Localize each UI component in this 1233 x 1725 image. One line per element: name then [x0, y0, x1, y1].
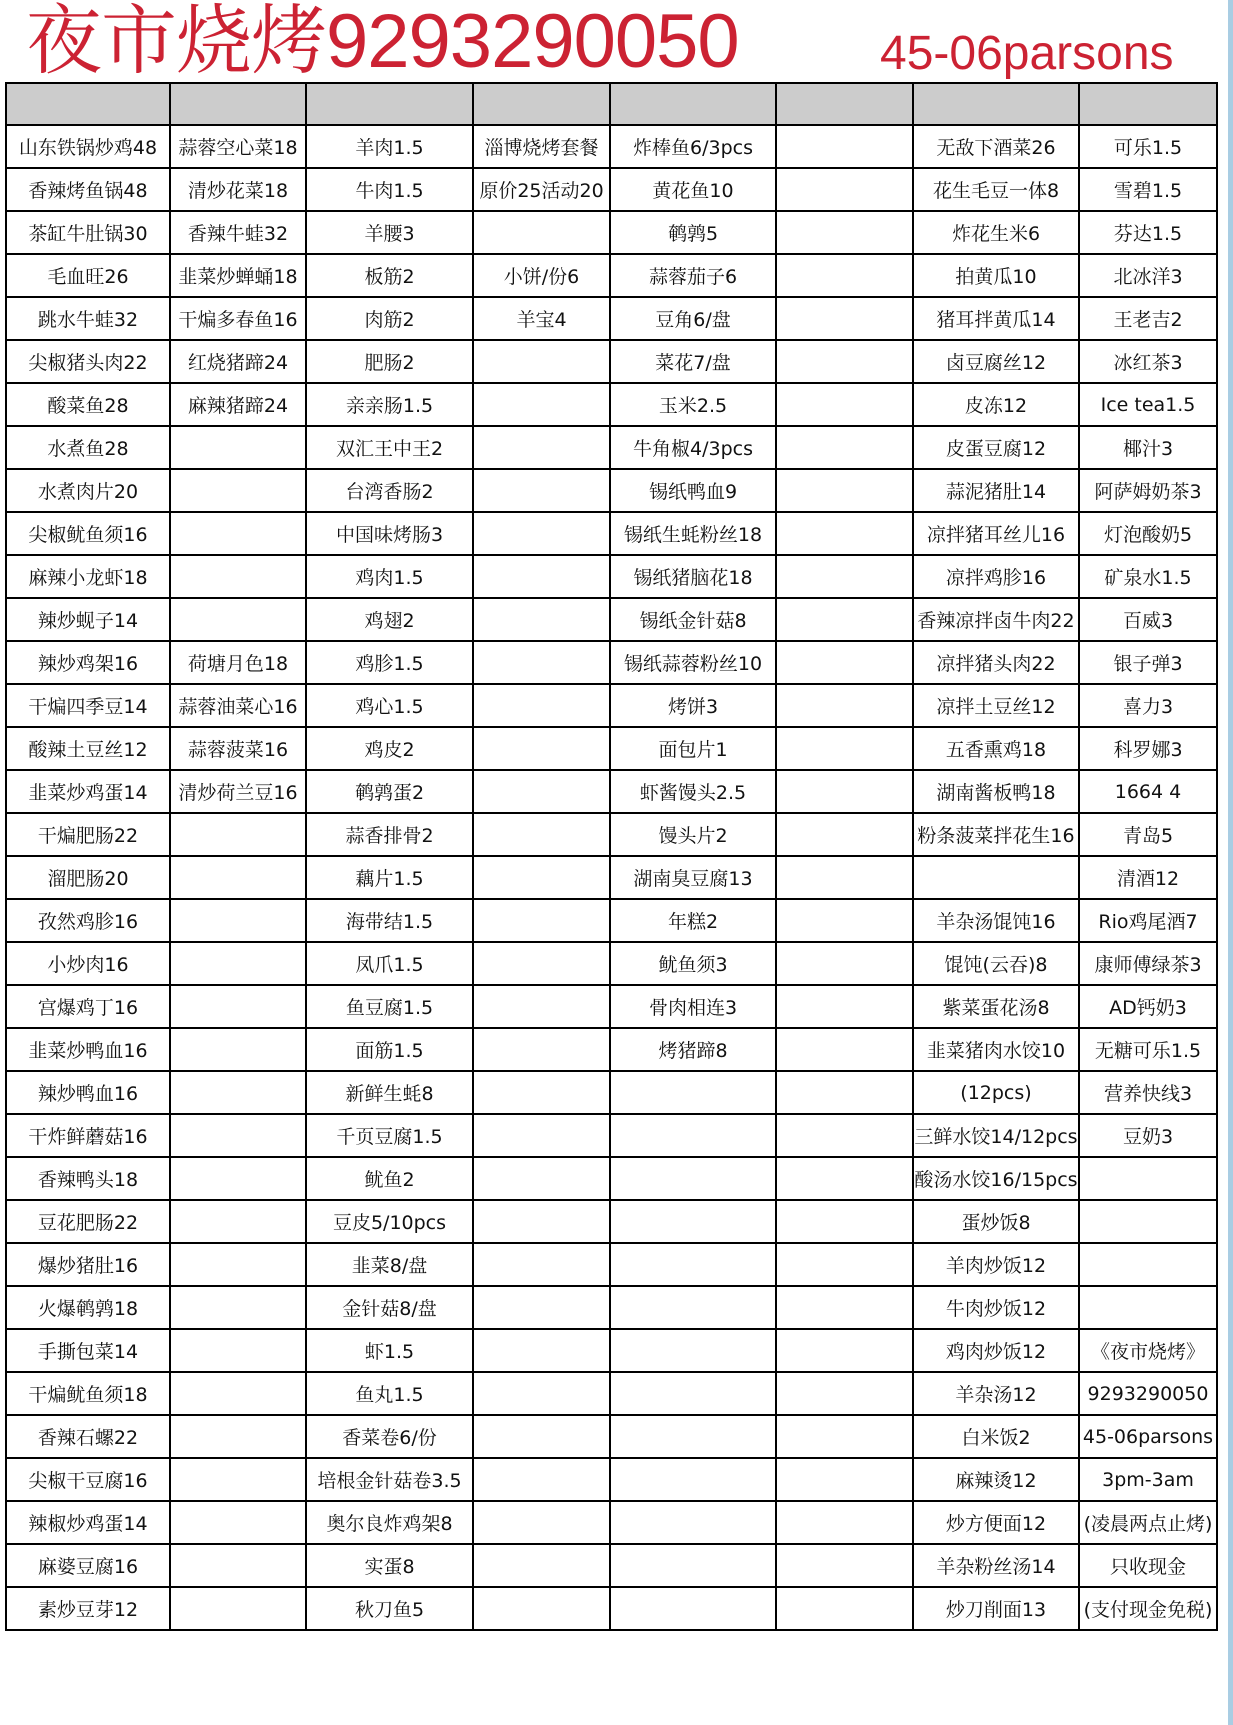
menu-item-cell: 雪碧1.5	[1079, 168, 1217, 211]
table-row: 干煸四季豆14蒜蓉油菜心16鸡心1.5烤饼3凉拌土豆丝12喜力3	[6, 684, 1217, 727]
menu-item-cell	[473, 211, 610, 254]
menu-item-cell: 凉拌猪耳丝儿16	[913, 512, 1079, 555]
table-row: 酸菜鱼28麻辣猪蹄24亲亲肠1.5玉米2.5皮冻12Ice tea1.5	[6, 383, 1217, 426]
menu-item-cell: 只收现金	[1079, 1544, 1217, 1587]
menu-item-cell: 鱼豆腐1.5	[306, 985, 473, 1028]
menu-item-cell	[610, 1587, 776, 1630]
menu-item-cell	[473, 899, 610, 942]
menu-item-cell	[776, 254, 913, 297]
table-row: 山东铁锅炒鸡48蒜蓉空心菜18羊肉1.5淄博烧烤套餐炸棒鱼6/3pcs无敌下酒菜…	[6, 125, 1217, 168]
menu-item-cell	[473, 1415, 610, 1458]
menu-item-cell: 灯泡酸奶5	[1079, 512, 1217, 555]
menu-item-cell	[473, 1243, 610, 1286]
menu-item-cell	[776, 1329, 913, 1372]
menu-item-cell	[776, 383, 913, 426]
menu-item-cell: 科罗娜3	[1079, 727, 1217, 770]
menu-item-cell: 猪耳拌黄瓜14	[913, 297, 1079, 340]
table-row: 水煮鱼28双汇王中王2牛角椒4/3pcs皮蛋豆腐12椰汁3	[6, 426, 1217, 469]
table-row: 香辣石螺22香菜卷6/份白米饭245-06parsons	[6, 1415, 1217, 1458]
menu-item-cell: 烤饼3	[610, 684, 776, 727]
menu-item-cell	[473, 1028, 610, 1071]
menu-item-cell: 辣炒鸡架16	[6, 641, 170, 684]
menu-item-cell: 清炒花菜18	[170, 168, 306, 211]
menu-item-cell: 虾1.5	[306, 1329, 473, 1372]
menu-item-cell	[473, 684, 610, 727]
menu-item-cell: 粉条菠菜拌花生16	[913, 813, 1079, 856]
menu-item-cell: 骨肉相连3	[610, 985, 776, 1028]
menu-item-cell: 牛角椒4/3pcs	[610, 426, 776, 469]
menu-item-cell	[1079, 1243, 1217, 1286]
menu-item-cell: 尖椒干豆腐16	[6, 1458, 170, 1501]
table-row: 素炒豆芽12秋刀鱼5炒刀削面13(支付现金免税)	[6, 1587, 1217, 1630]
table-row: 麻婆豆腐16实蛋8羊杂粉丝汤14只收现金	[6, 1544, 1217, 1587]
table-row: 干炸鲜蘑菇16千页豆腐1.5三鲜水饺14/12pcs豆奶3	[6, 1114, 1217, 1157]
menu-item-cell	[170, 426, 306, 469]
menu-item-cell: 锡纸金针菇8	[610, 598, 776, 641]
menu-item-cell: 鸡翅2	[306, 598, 473, 641]
table-row: 茶缸牛肚锅30香辣牛蛙32羊腰3鹌鹑5炸花生米6芬达1.5	[6, 211, 1217, 254]
menu-item-cell	[170, 512, 306, 555]
table-row: 韭菜炒鸭血16面筋1.5烤猪蹄8韭菜猪肉水饺10无糖可乐1.5	[6, 1028, 1217, 1071]
menu-item-cell	[170, 1028, 306, 1071]
menu-item-cell	[610, 1286, 776, 1329]
menu-item-cell: 45-06parsons	[1079, 1415, 1217, 1458]
menu-item-cell: 淄博烧烤套餐	[473, 125, 610, 168]
menu-item-cell	[473, 856, 610, 899]
menu-item-cell: 蛋炒饭8	[913, 1200, 1079, 1243]
menu-item-cell	[776, 856, 913, 899]
menu-item-cell: 凉拌鸡胗16	[913, 555, 1079, 598]
menu-item-cell: 台湾香肠2	[306, 469, 473, 512]
menu-item-cell	[473, 1286, 610, 1329]
menu-item-cell	[776, 770, 913, 813]
menu-item-cell: 清炒荷兰豆16	[170, 770, 306, 813]
menu-item-cell: 凉拌土豆丝12	[913, 684, 1079, 727]
menu-item-cell: 锡纸鸭血9	[610, 469, 776, 512]
menu-item-cell: 酸汤水饺16/15pcs	[913, 1157, 1079, 1200]
menu-item-cell	[473, 641, 610, 684]
menu-item-cell: 豆奶3	[1079, 1114, 1217, 1157]
menu-item-cell: 蒜泥猪肚14	[913, 469, 1079, 512]
menu-item-cell: 湖南臭豆腐13	[610, 856, 776, 899]
menu-item-cell: 火爆鹌鹑18	[6, 1286, 170, 1329]
menu-item-cell: 羊杂汤馄饨16	[913, 899, 1079, 942]
menu-item-cell: 香菜卷6/份	[306, 1415, 473, 1458]
menu-item-cell	[776, 168, 913, 211]
menu-item-cell	[610, 1415, 776, 1458]
menu-item-cell: 实蛋8	[306, 1544, 473, 1587]
menu-item-cell: 银子弹3	[1079, 641, 1217, 684]
menu-item-cell: 藕片1.5	[306, 856, 473, 899]
menu-item-cell: 海带结1.5	[306, 899, 473, 942]
menu-item-cell: 1664 4	[1079, 770, 1217, 813]
menu-item-cell	[170, 598, 306, 641]
menu-item-cell	[473, 1458, 610, 1501]
menu-item-cell	[473, 1587, 610, 1630]
menu-item-cell: 韭菜炒鸡蛋14	[6, 770, 170, 813]
menu-item-cell	[776, 684, 913, 727]
table-row: 尖椒干豆腐16培根金针菇卷3.5麻辣烫123pm-3am	[6, 1458, 1217, 1501]
menu-item-cell	[473, 1157, 610, 1200]
menu-item-cell	[170, 813, 306, 856]
menu-item-cell	[776, 426, 913, 469]
table-header-cell	[170, 83, 306, 125]
menu-item-cell	[170, 1286, 306, 1329]
menu-item-cell	[610, 1243, 776, 1286]
menu-item-cell: 鱿鱼2	[306, 1157, 473, 1200]
table-header-cell	[913, 83, 1079, 125]
menu-item-cell	[776, 1114, 913, 1157]
table-row: 毛血旺26韭菜炒蝉蛹18板筋2小饼/份6蒜蓉茄子6拍黄瓜10北冰洋3	[6, 254, 1217, 297]
table-header-cell	[776, 83, 913, 125]
menu-item-cell: 水煮鱼28	[6, 426, 170, 469]
menu-item-cell: 虾酱馒头2.5	[610, 770, 776, 813]
menu-item-cell: 阿萨姆奶茶3	[1079, 469, 1217, 512]
menu-item-cell	[610, 1200, 776, 1243]
menu-item-cell: (凌晨两点止烤)	[1079, 1501, 1217, 1544]
menu-item-cell	[610, 1544, 776, 1587]
menu-item-cell: 板筋2	[306, 254, 473, 297]
menu-item-cell: 花生毛豆一体8	[913, 168, 1079, 211]
menu-item-cell: 干煸四季豆14	[6, 684, 170, 727]
menu-item-cell: 年糕2	[610, 899, 776, 942]
menu-item-cell: 鹌鹑蛋2	[306, 770, 473, 813]
menu-item-cell: 康师傅绿茶3	[1079, 942, 1217, 985]
table-row: 酸辣土豆丝12蒜蓉菠菜16鸡皮2面包片1五香熏鸡18科罗娜3	[6, 727, 1217, 770]
menu-item-cell: 香辣烤鱼锅48	[6, 168, 170, 211]
scrollbar-track[interactable]	[1228, 0, 1233, 1725]
menu-item-cell: 香辣石螺22	[6, 1415, 170, 1458]
menu-item-cell: 菜花7/盘	[610, 340, 776, 383]
menu-item-cell: 亲亲肠1.5	[306, 383, 473, 426]
menu-item-cell: 三鲜水饺14/12pcs	[913, 1114, 1079, 1157]
table-header-cell	[473, 83, 610, 125]
menu-item-cell: 《夜市烧烤》	[1079, 1329, 1217, 1372]
table-row: 香辣鸭头18鱿鱼2酸汤水饺16/15pcs	[6, 1157, 1217, 1200]
menu-item-cell: 黄花鱼10	[610, 168, 776, 211]
menu-item-cell	[610, 1157, 776, 1200]
menu-item-cell: 麻辣猪蹄24	[170, 383, 306, 426]
menu-item-cell: 香辣鸭头18	[6, 1157, 170, 1200]
menu-item-cell: 营养快线3	[1079, 1071, 1217, 1114]
table-row: 宫爆鸡丁16鱼豆腐1.5骨肉相连3紫菜蛋花汤8AD钙奶3	[6, 985, 1217, 1028]
menu-item-cell: 干煸肥肠22	[6, 813, 170, 856]
menu-item-cell	[170, 899, 306, 942]
menu-item-cell: 干煸多春鱼16	[170, 297, 306, 340]
menu-item-cell	[776, 512, 913, 555]
menu-item-cell: 锡纸蒜蓉粉丝10	[610, 641, 776, 684]
menu-item-cell: 干炸鲜蘑菇16	[6, 1114, 170, 1157]
table-row: 韭菜炒鸡蛋14清炒荷兰豆16鹌鹑蛋2虾酱馒头2.5湖南酱板鸭181664 4	[6, 770, 1217, 813]
menu-item-cell	[776, 1544, 913, 1587]
menu-item-cell: 湖南酱板鸭18	[913, 770, 1079, 813]
menu-item-cell: 肥肠2	[306, 340, 473, 383]
menu-item-cell: 冰红茶3	[1079, 340, 1217, 383]
menu-item-cell: 炒刀削面13	[913, 1587, 1079, 1630]
menu-item-cell	[776, 942, 913, 985]
menu-item-cell: 小饼/份6	[473, 254, 610, 297]
table-row: 干煸肥肠22蒜香排骨2馒头片2粉条菠菜拌花生16青岛5	[6, 813, 1217, 856]
menu-item-cell: 鸡胗1.5	[306, 641, 473, 684]
menu-item-cell: 韭菜猪肉水饺10	[913, 1028, 1079, 1071]
menu-item-cell: 辣椒炒鸡蛋14	[6, 1501, 170, 1544]
menu-item-cell: 辣炒鸭血16	[6, 1071, 170, 1114]
menu-item-cell	[473, 340, 610, 383]
table-header-row	[6, 83, 1217, 125]
menu-item-cell: 可乐1.5	[1079, 125, 1217, 168]
menu-item-cell: 面筋1.5	[306, 1028, 473, 1071]
menu-item-cell: 清酒12	[1079, 856, 1217, 899]
menu-item-cell: 王老吉2	[1079, 297, 1217, 340]
menu-item-cell	[776, 598, 913, 641]
menu-item-cell: 千页豆腐1.5	[306, 1114, 473, 1157]
menu-item-cell: 鸡心1.5	[306, 684, 473, 727]
menu-item-cell: 尖椒鱿鱼须16	[6, 512, 170, 555]
menu-item-cell: 尖椒猪头肉22	[6, 340, 170, 383]
menu-item-cell	[473, 555, 610, 598]
menu-item-cell	[776, 340, 913, 383]
menu-item-cell: 紫菜蛋花汤8	[913, 985, 1079, 1028]
menu-item-cell	[610, 1114, 776, 1157]
menu-item-cell: 培根金针菇卷3.5	[306, 1458, 473, 1501]
table-row: 火爆鹌鹑18金针菇8/盘牛肉炒饭12	[6, 1286, 1217, 1329]
menu-item-cell	[610, 1501, 776, 1544]
menu-item-cell: 羊宝4	[473, 297, 610, 340]
menu-item-cell: 鸡肉1.5	[306, 555, 473, 598]
menu-item-cell	[473, 512, 610, 555]
menu-item-cell: 凤爪1.5	[306, 942, 473, 985]
menu-item-cell	[776, 297, 913, 340]
menu-item-cell	[170, 1501, 306, 1544]
menu-item-cell	[170, 1458, 306, 1501]
menu-item-cell	[913, 856, 1079, 899]
menu-item-cell	[776, 1501, 913, 1544]
table-row: 爆炒猪肚16韭菜8/盘羊肉炒饭12	[6, 1243, 1217, 1286]
menu-item-cell: 炸棒鱼6/3pcs	[610, 125, 776, 168]
menu-item-cell	[170, 1544, 306, 1587]
menu-item-cell: 爆炒猪肚16	[6, 1243, 170, 1286]
menu-item-cell: 牛肉1.5	[306, 168, 473, 211]
table-row: 辣椒炒鸡蛋14奥尔良炸鸡架8炒方便面12(凌晨两点止烤)	[6, 1501, 1217, 1544]
table-row: 跳水牛蛙32干煸多春鱼16肉筋2羊宝4豆角6/盘猪耳拌黄瓜14王老吉2	[6, 297, 1217, 340]
menu-item-cell: 羊杂粉丝汤14	[913, 1544, 1079, 1587]
menu-item-cell: 奥尔良炸鸡架8	[306, 1501, 473, 1544]
menu-item-cell: 无糖可乐1.5	[1079, 1028, 1217, 1071]
menu-item-cell: 烤猪蹄8	[610, 1028, 776, 1071]
menu-item-cell: 北冰洋3	[1079, 254, 1217, 297]
menu-item-cell	[473, 813, 610, 856]
menu-item-cell: 锡纸猪脑花18	[610, 555, 776, 598]
menu-item-cell: 喜力3	[1079, 684, 1217, 727]
menu-item-cell	[776, 1071, 913, 1114]
menu-item-cell: Ice tea1.5	[1079, 383, 1217, 426]
menu-item-cell	[776, 985, 913, 1028]
menu-item-cell	[776, 1157, 913, 1200]
table-row: 溜肥肠20藕片1.5湖南臭豆腐13清酒12	[6, 856, 1217, 899]
menu-item-cell: 原价25活动20	[473, 168, 610, 211]
menu-item-cell	[776, 555, 913, 598]
menu-item-cell: 锡纸生蚝粉丝18	[610, 512, 776, 555]
menu-item-cell	[473, 1329, 610, 1372]
menu-item-cell	[473, 727, 610, 770]
menu-item-cell	[610, 1329, 776, 1372]
menu-item-cell: 秋刀鱼5	[306, 1587, 473, 1630]
menu-item-cell: 水煮肉片20	[6, 469, 170, 512]
menu-item-cell: 无敌下酒菜26	[913, 125, 1079, 168]
menu-item-cell	[170, 1157, 306, 1200]
menu-item-cell: 双汇王中王2	[306, 426, 473, 469]
menu-item-cell	[473, 598, 610, 641]
table-header-cell	[1079, 83, 1217, 125]
menu-item-cell	[776, 813, 913, 856]
menu-item-cell	[610, 1458, 776, 1501]
menu-item-cell: 馄饨(云吞)8	[913, 942, 1079, 985]
menu-item-cell: 卤豆腐丝12	[913, 340, 1079, 383]
menu-item-cell	[1079, 1200, 1217, 1243]
menu-item-cell: 牛肉炒饭12	[913, 1286, 1079, 1329]
menu-item-cell	[473, 1501, 610, 1544]
table-row: 尖椒猪头肉22红烧猪蹄24肥肠2菜花7/盘卤豆腐丝12冰红茶3	[6, 340, 1217, 383]
menu-item-cell: 孜然鸡胗16	[6, 899, 170, 942]
menu-item-cell: 炸花生米6	[913, 211, 1079, 254]
menu-item-cell	[170, 1114, 306, 1157]
menu-item-cell: 香辣牛蛙32	[170, 211, 306, 254]
table-row: 香辣烤鱼锅48清炒花菜18牛肉1.5原价25活动20黄花鱼10花生毛豆一体8雪碧…	[6, 168, 1217, 211]
menu-item-cell	[776, 1415, 913, 1458]
menu-item-cell: 辣炒蚬子14	[6, 598, 170, 641]
menu-item-cell: 鸡肉炒饭12	[913, 1329, 1079, 1372]
menu-item-cell: 羊腰3	[306, 211, 473, 254]
menu-item-cell: 酸辣土豆丝12	[6, 727, 170, 770]
menu-item-cell	[170, 1071, 306, 1114]
menu-title: 夜市烧烤9293290050	[26, 0, 739, 90]
menu-item-cell	[170, 1372, 306, 1415]
menu-item-cell: 炒方便面12	[913, 1501, 1079, 1544]
menu-item-cell: 蒜蓉油菜心16	[170, 684, 306, 727]
table-header-cell	[306, 83, 473, 125]
menu-item-cell: 新鲜生蚝8	[306, 1071, 473, 1114]
menu-item-cell: 豆角6/盘	[610, 297, 776, 340]
menu-item-cell	[1079, 1157, 1217, 1200]
menu-item-cell: 韭菜8/盘	[306, 1243, 473, 1286]
menu-item-cell: 鱿鱼须3	[610, 942, 776, 985]
menu-item-cell: 鹌鹑5	[610, 211, 776, 254]
menu-item-cell: 山东铁锅炒鸡48	[6, 125, 170, 168]
menu-item-cell: 跳水牛蛙32	[6, 297, 170, 340]
menu-item-cell: 豆花肥肠22	[6, 1200, 170, 1243]
menu-item-cell	[170, 985, 306, 1028]
menu-item-cell	[776, 1458, 913, 1501]
menu-item-cell	[170, 555, 306, 598]
menu-item-cell	[473, 1071, 610, 1114]
menu-item-cell: 茶缸牛肚锅30	[6, 211, 170, 254]
menu-item-cell: 芬达1.5	[1079, 211, 1217, 254]
menu-item-cell	[776, 1243, 913, 1286]
menu-item-cell	[776, 211, 913, 254]
table-row: 孜然鸡胗16海带结1.5年糕2羊杂汤馄饨16Rio鸡尾酒7	[6, 899, 1217, 942]
menu-item-cell: 酸菜鱼28	[6, 383, 170, 426]
table-row: 水煮肉片20台湾香肠2锡纸鸭血9蒜泥猪肚14阿萨姆奶茶3	[6, 469, 1217, 512]
menu-item-cell: 羊肉炒饭12	[913, 1243, 1079, 1286]
menu-item-cell: (12pcs)	[913, 1071, 1079, 1114]
menu-item-cell	[776, 469, 913, 512]
menu-item-cell	[170, 1200, 306, 1243]
table-row: 干煸鱿鱼须18鱼丸1.5羊杂汤129293290050	[6, 1372, 1217, 1415]
menu-item-cell	[473, 1544, 610, 1587]
menu-item-cell: 蒜蓉茄子6	[610, 254, 776, 297]
menu-item-cell: 皮冻12	[913, 383, 1079, 426]
menu-item-cell: 荷塘月色18	[170, 641, 306, 684]
table-row: 辣炒鸭血16新鲜生蚝8(12pcs)营养快线3	[6, 1071, 1217, 1114]
menu-item-cell: 麻辣小龙虾18	[6, 555, 170, 598]
menu-item-cell: 椰汁3	[1079, 426, 1217, 469]
table-row: 小炒肉16凤爪1.5鱿鱼须3馄饨(云吞)8康师傅绿茶3	[6, 942, 1217, 985]
menu-item-cell	[170, 469, 306, 512]
menu-item-cell: 白米饭2	[913, 1415, 1079, 1458]
menu-item-cell: Rio鸡尾酒7	[1079, 899, 1217, 942]
menu-item-cell: 蒜香排骨2	[306, 813, 473, 856]
restaurant-address: 45-06parsons	[880, 26, 1174, 82]
menu-item-cell	[610, 1071, 776, 1114]
menu-item-cell: 馒头片2	[610, 813, 776, 856]
table-row: 豆花肥肠22豆皮5/10pcs蛋炒饭8	[6, 1200, 1217, 1243]
menu-item-cell: 韭菜炒鸭血16	[6, 1028, 170, 1071]
menu-table: 山东铁锅炒鸡48蒜蓉空心菜18羊肉1.5淄博烧烤套餐炸棒鱼6/3pcs无敌下酒菜…	[5, 82, 1218, 1631]
menu-item-cell: 羊杂汤12	[913, 1372, 1079, 1415]
menu-item-cell: 毛血旺26	[6, 254, 170, 297]
menu-item-cell: 溜肥肠20	[6, 856, 170, 899]
menu-item-cell: 蒜蓉菠菜16	[170, 727, 306, 770]
table-row: 尖椒鱿鱼须16中国味烤肠3锡纸生蚝粉丝18凉拌猪耳丝儿16灯泡酸奶5	[6, 512, 1217, 555]
menu-item-cell	[776, 1200, 913, 1243]
menu-item-cell: 面包片1	[610, 727, 776, 770]
menu-item-cell: 五香熏鸡18	[913, 727, 1079, 770]
menu-item-cell: 中国味烤肠3	[306, 512, 473, 555]
menu-item-cell	[170, 1415, 306, 1458]
menu-item-cell	[473, 1372, 610, 1415]
menu-item-cell	[776, 1372, 913, 1415]
menu-item-cell: 韭菜炒蝉蛹18	[170, 254, 306, 297]
menu-item-cell: 干煸鱿鱼须18	[6, 1372, 170, 1415]
table-row: 辣炒蚬子14鸡翅2锡纸金针菇8香辣凉拌卤牛肉22百威3	[6, 598, 1217, 641]
menu-item-cell	[776, 125, 913, 168]
menu-item-cell: 豆皮5/10pcs	[306, 1200, 473, 1243]
menu-item-cell: 香辣凉拌卤牛肉22	[913, 598, 1079, 641]
menu-item-cell: 麻婆豆腐16	[6, 1544, 170, 1587]
menu-item-cell	[170, 942, 306, 985]
menu-item-cell: 手撕包菜14	[6, 1329, 170, 1372]
table-header-cell	[6, 83, 170, 125]
menu-item-cell	[473, 1200, 610, 1243]
menu-item-cell	[776, 1587, 913, 1630]
menu-item-cell: 拍黄瓜10	[913, 254, 1079, 297]
menu-item-cell: 蒜蓉空心菜18	[170, 125, 306, 168]
menu-item-cell: 矿泉水1.5	[1079, 555, 1217, 598]
menu-item-cell	[776, 727, 913, 770]
menu-item-cell: 皮蛋豆腐12	[913, 426, 1079, 469]
menu-item-cell	[170, 1329, 306, 1372]
menu-item-cell: 凉拌猪头肉22	[913, 641, 1079, 684]
menu-item-cell: 小炒肉16	[6, 942, 170, 985]
menu-item-cell	[170, 1243, 306, 1286]
menu-item-cell: 3pm-3am	[1079, 1458, 1217, 1501]
menu-item-cell: AD钙奶3	[1079, 985, 1217, 1028]
menu-item-cell: 9293290050	[1079, 1372, 1217, 1415]
menu-item-cell	[473, 770, 610, 813]
menu-item-cell	[170, 856, 306, 899]
menu-item-cell: 红烧猪蹄24	[170, 340, 306, 383]
menu-item-cell: 青岛5	[1079, 813, 1217, 856]
